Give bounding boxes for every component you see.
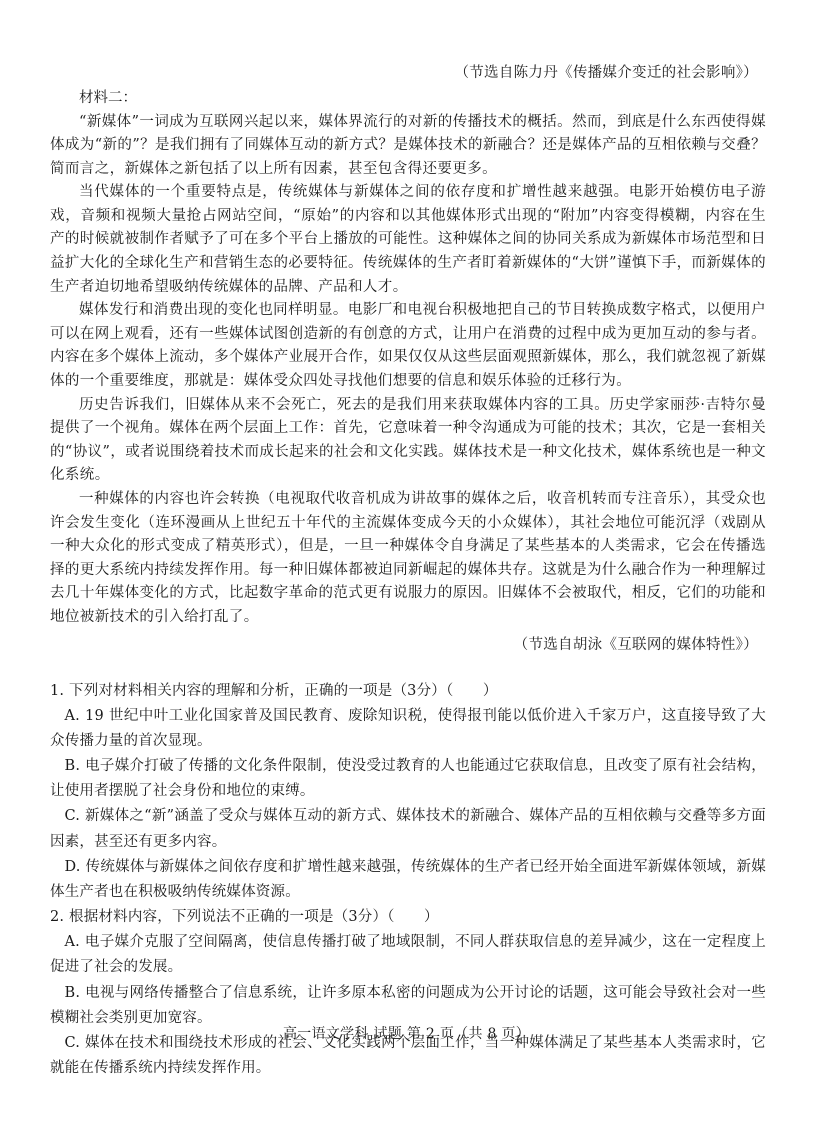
material-label: 材料二： (50, 87, 766, 111)
question-stem: 1. 下列对材料相关内容的理解和分析，正确的一项是（3分）（ ） (50, 679, 766, 704)
exam-page: （节选自陈力丹《传播媒介变迁的社会影响》） 材料二： “新媒体”一词成为互联网兴… (50, 62, 766, 1081)
source-attribution-2: （节选自胡泳《互联网的媒体特性》） (50, 634, 766, 657)
passage-paragraph: 历史告诉我们，旧媒体从来不会死亡，死去的是我们用来获取媒体内容的工具。历史学家丽… (50, 394, 766, 488)
question-section: 1. 下列对材料相关内容的理解和分析，正确的一项是（3分）（ ） A. 19 世… (50, 679, 766, 1082)
question-stem: 2. 根据材料内容，下列说法不正确的一项是（3分）（ ） (50, 905, 766, 930)
question-2: 2. 根据材料内容，下列说法不正确的一项是（3分）（ ） A. 电子媒介克服了空… (50, 905, 766, 1081)
option-c: C. 新媒体之“新”涵盖了受众与媒体互动的新方式、媒体技术的新融合、媒体产品的互… (50, 804, 766, 854)
option-a: A. 19 世纪中叶工业化国家普及国民教育、废除知识税，使得报刊能以低价进入千家… (50, 704, 766, 754)
option-a: A. 电子媒介克服了空间隔离，使信息传播打破了地域限制，不同人群获取信息的差异减… (50, 930, 766, 980)
option-d: D. 传统媒体与新媒体之间依存度和扩增性越来越强，传统媒体的生产者已经开始全面进… (50, 855, 766, 905)
question-1: 1. 下列对材料相关内容的理解和分析，正确的一项是（3分）（ ） A. 19 世… (50, 679, 766, 906)
passage-paragraph: “新媒体”一词成为互联网兴起以来，媒体界流行的对新的传播技术的概括。然而，到底是… (50, 111, 766, 182)
passage-paragraph: 媒体发行和消费出现的变化也同样明显。电影厂和电视台积极地把自己的节目转换成数字格… (50, 299, 766, 393)
source-attribution-1: （节选自陈力丹《传播媒介变迁的社会影响》） (50, 62, 766, 85)
passage-paragraph: 当代媒体的一个重要特点是，传统媒体与新媒体之间的依存度和扩增性越来越强。电影开始… (50, 181, 766, 299)
option-b: B. 电子媒介打破了传播的文化条件限制，使没受过教育的人也能通过它获取信息，且改… (50, 754, 766, 804)
reading-passage: “新媒体”一词成为互联网兴起以来，媒体界流行的对新的传播技术的概括。然而，到底是… (50, 111, 766, 630)
passage-paragraph: 一种媒体的内容也许会转换（电视取代收音机成为讲故事的媒体之后，收音机转而专注音乐… (50, 488, 766, 630)
page-footer: 高一语文学科 试题 第 2 页（共 8 页） (0, 1024, 813, 1044)
